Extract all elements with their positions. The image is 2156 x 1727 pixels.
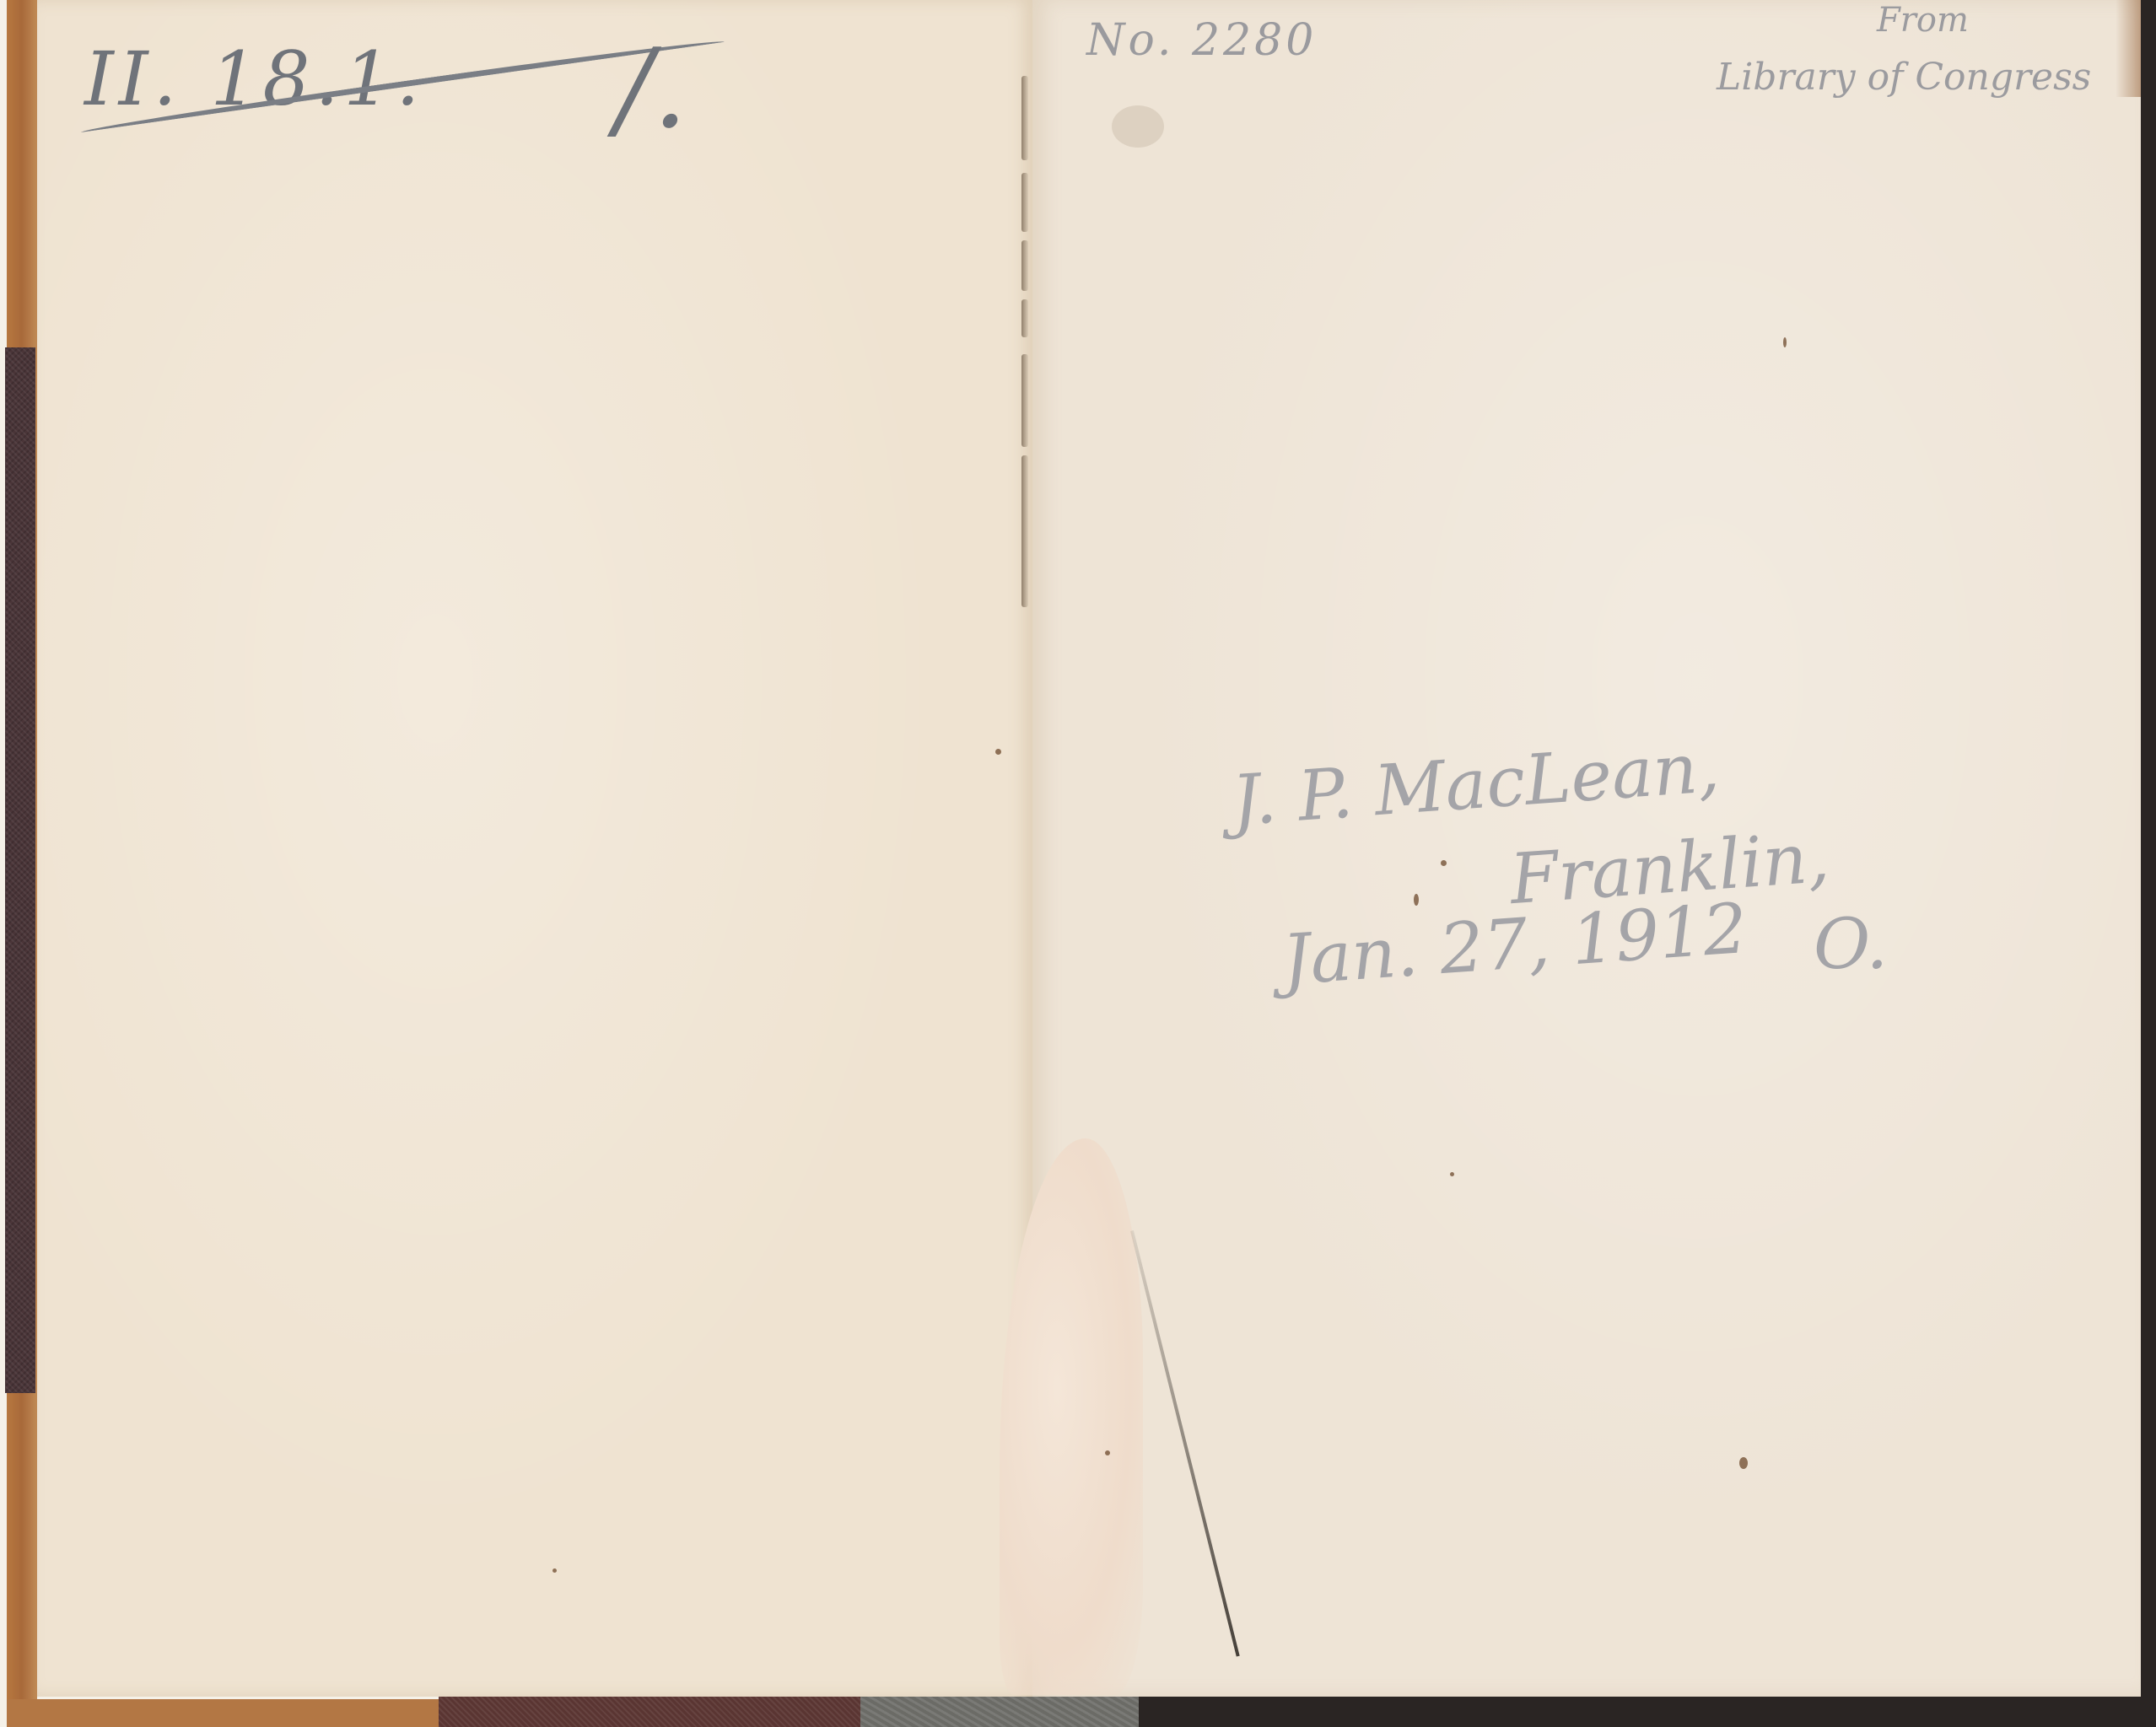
gutter-tear — [1021, 354, 1028, 447]
gutter-tear — [1021, 455, 1028, 607]
faded-stamp-mark — [1112, 105, 1164, 148]
foxing-spot — [1450, 1172, 1454, 1176]
foxing-spot — [995, 749, 1001, 755]
provenance-source: Library of Congress — [1717, 59, 2091, 96]
accession-number: No. 2280 — [1086, 19, 1317, 62]
foxing-spot — [1441, 860, 1447, 866]
gutter-tear — [1021, 173, 1028, 232]
scan-background-right — [2141, 0, 2156, 1727]
left-endpaper — [37, 0, 1032, 1697]
cover-bottom-cloth — [439, 1697, 860, 1727]
shelf-mark-suffix: /. — [616, 34, 687, 143]
foxing-spot — [552, 1568, 557, 1573]
gutter-tear — [1021, 240, 1028, 291]
foxing-spot — [1739, 1457, 1748, 1469]
edge-stain — [2116, 0, 2141, 97]
gutter-tear — [1021, 76, 1028, 160]
inscription-state: O. — [1814, 911, 1889, 980]
foxing-spot — [1105, 1450, 1110, 1455]
book-scan: II. 18.1. /. No. 2280 From Library of Co… — [0, 0, 2156, 1727]
foxing-spot — [1783, 337, 1787, 347]
cover-left-cloth — [5, 347, 35, 1393]
gutter-tear — [1021, 299, 1028, 337]
cover-bottom-marbled-board — [860, 1695, 1139, 1727]
provenance-from: From — [1877, 3, 1969, 37]
scan-background-bottom — [1139, 1697, 2156, 1727]
foxing-spot — [1414, 894, 1419, 906]
